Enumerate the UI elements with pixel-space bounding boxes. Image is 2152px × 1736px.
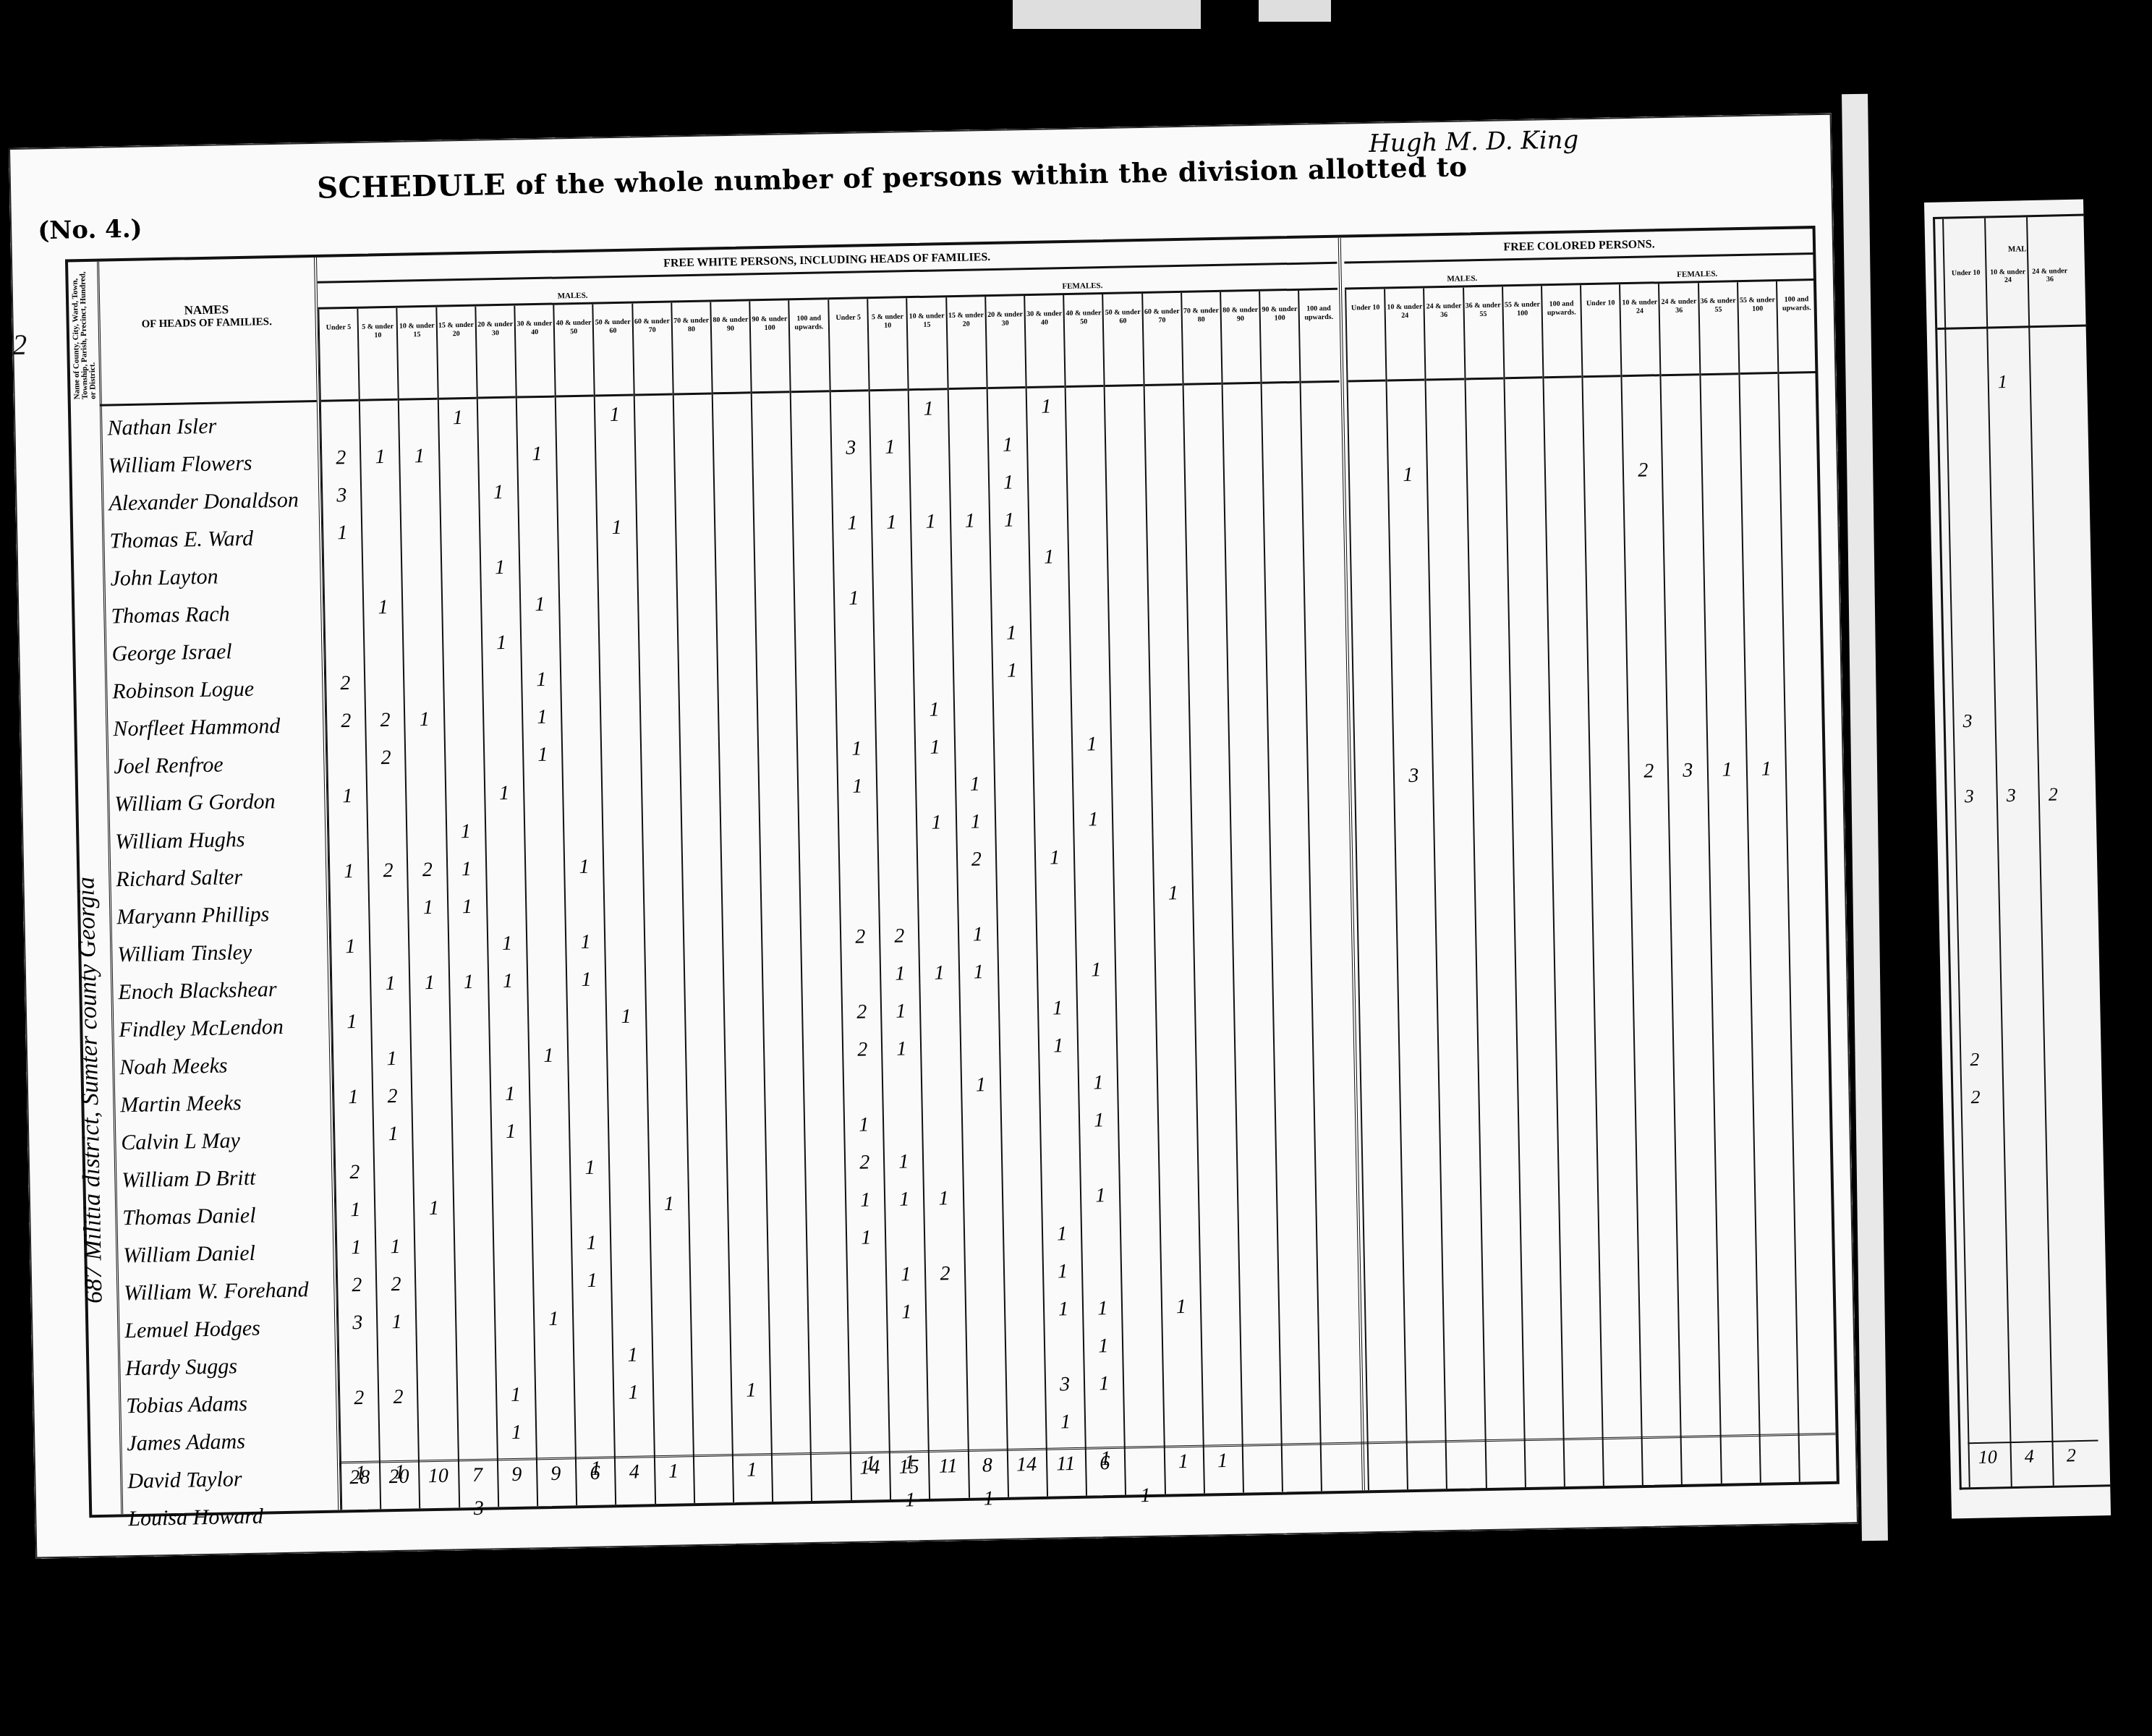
count-cell [1637,1128,1675,1167]
count-cell [1704,525,1742,563]
count-cell [1029,501,1068,539]
count-cell [761,844,799,882]
count-cell [1664,526,1703,564]
count-cell [1368,1397,1406,1435]
count-cell [796,618,834,656]
count-cell [1785,674,1823,712]
head-of-family-name: Joel Renfroe [114,744,324,786]
count-cell [487,849,525,888]
count-cell [1797,1314,1835,1352]
count-cell [1114,838,1152,876]
total-cell: 20 [379,1465,419,1489]
count-cell [762,919,801,958]
count-cell [326,627,364,665]
count-cell: 1 [364,589,402,627]
count-cell [1633,903,1671,941]
count-cell: 2 [326,665,365,703]
count-cell [993,689,1032,728]
count-cell [676,469,714,508]
count-cell [1264,496,1303,535]
count-cell [685,996,723,1034]
count-cell [1225,497,1264,535]
count-cell [1628,639,1666,678]
count-cell: 1 [485,775,524,813]
count-cell [1319,1323,1358,1361]
count-cell [1262,383,1301,422]
count-cell [1193,874,1231,912]
count-cell [1313,984,1351,1023]
count-cell [1353,644,1392,683]
count-cell: 1 [491,1075,530,1113]
count-cell [1398,945,1437,983]
count-cell [1592,866,1630,904]
count-cell [411,1002,449,1040]
head-of-family-name: Richard Salter [116,857,326,899]
count-cell [1476,906,1514,944]
count-cell [1599,1242,1638,1280]
count-cell [1236,1061,1275,1099]
count-cell [794,542,833,581]
count-cell [1194,949,1233,987]
count-cell [1280,1286,1318,1324]
count-cell [1755,1164,1793,1202]
count-cell [1268,684,1306,723]
count-cell [966,1329,1005,1368]
count-cell [683,883,721,922]
count-cell: 1 [885,1143,923,1181]
count-cell [1590,753,1628,791]
count-cell [1714,1089,1753,1128]
count-cell [569,1036,607,1074]
count-cell [651,1260,689,1298]
count-cell [1110,612,1148,650]
count-cell [1282,1399,1320,1437]
count-cell [1388,418,1426,456]
count-cell [1787,787,1825,825]
count-cell [1146,461,1184,499]
count-cell [1783,599,1821,637]
count-cell [1198,1137,1236,1175]
count-cell [883,1068,922,1106]
count-cell [640,696,679,734]
count-cell [645,959,684,997]
count-cell [362,514,401,552]
count-cell [1521,1243,1560,1282]
count-cell: 1 [847,1219,885,1257]
count-cell [1756,1201,1794,1240]
count-cell [1403,1170,1441,1209]
count-cell [757,656,796,694]
count-cell [1069,537,1107,576]
count-cell [1798,1389,1837,1427]
count-cell [531,1112,569,1150]
count-cell [532,1149,570,1188]
count-cell [1514,867,1552,906]
count-cell [1007,1404,1045,1442]
count-cell [1318,1248,1356,1286]
count-cell [1157,1025,1195,1063]
count-cell: 1 [414,1189,453,1227]
count-cell [731,1296,769,1335]
age-column-header: 15 & under 20 [437,307,477,400]
age-column-header: 10 & under 24 [1620,284,1660,377]
count-cell [443,625,481,663]
count-cell: 1 [524,736,562,774]
total-cell [1281,1448,1320,1449]
count-cell [1200,1250,1238,1288]
age-column-header: 50 & under 60 [1104,294,1144,387]
age-column-header: 90 & under 100 [1260,291,1300,384]
count-cell [611,1223,650,1261]
count-cell [1513,792,1551,830]
count-cell [714,431,752,469]
count-cell [1365,1246,1403,1285]
count-cell [558,472,596,511]
count-cell [519,511,558,549]
count-cell [604,847,642,885]
count-cell [1718,1277,1756,1316]
count-cell [879,842,917,880]
count-cell: 1 [595,396,634,434]
age-column-header: 55 & under 100 [1738,281,1778,375]
count-cell [441,550,480,588]
count-cell [1518,1093,1557,1131]
count-cell [684,958,723,997]
count-cell [1716,1165,1754,1203]
count-cell [1279,1248,1317,1287]
count-cell [1083,1252,1121,1290]
age-column-header: 70 & under 80 [672,302,712,395]
count-cell [372,1003,410,1041]
count-cell [1107,461,1145,500]
count-cell [1234,948,1272,987]
count-cell [652,1335,691,1374]
count-cell [1280,1324,1319,1362]
count-cell [765,1070,804,1108]
count-cell [635,433,673,471]
count-cell [841,880,879,919]
count-cell: 1 [1036,839,1074,877]
count-cell [1779,411,1818,449]
free-colored-females-header: FEMALES. [1579,255,1815,285]
total-cell: 9 [497,1463,537,1486]
count-cell [1109,574,1147,613]
count-cell [414,1152,452,1191]
count-cell [849,1294,887,1332]
count-cell [1263,421,1301,459]
count-cell [1237,1099,1275,1137]
count-cell [1515,943,1554,981]
count-cell [490,1000,528,1038]
count-cell: 1 [565,848,603,886]
count-cell: 1 [371,965,409,1003]
count-cell [375,1153,413,1191]
count-cell [1360,983,1398,1021]
count-cell: 1 [911,503,950,541]
count-cell [1587,603,1625,641]
age-column-header: 70 & under 80 [1182,292,1222,386]
count-cell [1670,827,1709,865]
count-cell [759,731,797,770]
count-cell [483,662,522,700]
torn-paper-fragment [1013,0,1201,29]
count-cell: 1 [989,464,1027,502]
count-cell [722,845,760,883]
count-cell [570,1111,608,1149]
count-cell [1042,1178,1081,1216]
count-cell [1782,524,1820,562]
count-cell [726,1033,764,1071]
count-cell [530,1074,569,1112]
count-cell [563,773,602,811]
count-cell [880,880,918,918]
head-of-family-name: William Tinsley [117,932,328,974]
count-cell [1123,1327,1162,1365]
count-cell [1757,1277,1795,1315]
count-cell [768,1220,807,1259]
count-cell: 1 [400,438,438,476]
count-cell [1301,383,1340,421]
age-column-header: 40 & under 50 [1064,294,1104,388]
count-cell [927,1330,966,1369]
count-cell: 1 [732,1371,770,1410]
count-cell [1719,1353,1758,1391]
count-cell [1405,1283,1443,1322]
count-cell [1076,876,1114,914]
count-cell [439,437,477,475]
count-cell [493,1150,531,1188]
total-cell: 14 [1007,1453,1047,1477]
count-cell [842,956,880,994]
count-cell [1032,613,1070,652]
count-cell: 1 [883,1030,921,1068]
count-cell [647,1034,685,1073]
count-cell [1705,600,1743,639]
count-cell [910,427,948,466]
count-cell [1511,717,1549,755]
count-cell [1485,1395,1523,1433]
head-of-family-name: Martin Meeks [120,1083,331,1125]
count-cell [560,584,598,623]
count-cell: 1 [438,399,477,438]
count-cell [1631,827,1670,866]
count-cell [556,397,595,435]
count-cell [1740,412,1779,450]
adjacent-count-cell: 2 [1970,1049,1980,1071]
count-cell [801,881,839,919]
count-cell [1482,1244,1521,1282]
count-cell [569,1073,608,1112]
count-cell [1392,606,1430,644]
count-cell: 1 [331,928,370,966]
count-cell [1670,789,1708,827]
count-cell [1788,862,1826,901]
head-of-family-name: Findley McLendon [119,1008,329,1050]
count-cell [529,999,567,1037]
count-cell [1752,1013,1790,1052]
count-cell [752,393,791,431]
count-cell [1798,1351,1836,1390]
count-cell [1394,719,1432,757]
count-cell [1796,1276,1834,1314]
count-cell [1190,723,1228,762]
count-cell: 1 [1073,726,1111,764]
count-cell [613,1298,651,1337]
count-cell [644,884,682,922]
count-cell: 1 [571,1149,609,1187]
count-cell [718,657,757,695]
count-cell [558,510,597,548]
count-cell: 1 [482,624,521,663]
count-cell [798,731,836,769]
count-cell [1277,1173,1316,1212]
count-cell [1445,1358,1484,1396]
age-column-header: 100 and upwards. [790,299,830,393]
count-cell [1523,1319,1561,1357]
count-cell [1595,1016,1633,1055]
count-cell: 1 [888,1293,926,1332]
count-cell: 1 [924,1180,963,1218]
count-cell: 1 [498,1413,536,1452]
count-cell [654,1410,692,1449]
age-column-header: 80 & under 90 [711,301,751,394]
count-cell [1675,1052,1713,1091]
count-cell [678,582,716,621]
count-cell [1780,448,1819,487]
count-cell [1119,1101,1157,1139]
count-cell [1312,947,1351,985]
count-cell [960,991,998,1029]
count-cell [1473,793,1512,831]
count-cell [406,739,444,777]
count-cell [1481,1169,1519,1207]
count-cell [1117,988,1155,1026]
count-cell [793,467,831,506]
count-cell [1792,1088,1831,1126]
count-cell [1186,498,1224,536]
count-cell [872,466,910,504]
count-cell [517,398,556,436]
count-cell [1317,1210,1356,1248]
count-cell [1434,793,1473,832]
count-cell: 1 [845,1106,883,1144]
count-cell [527,886,565,924]
count-cell [524,773,563,812]
count-cell [1028,425,1066,464]
count-cell: 1 [597,509,636,547]
count-cell [1712,977,1751,1015]
count-cell [1561,1280,1599,1319]
count-cell [1740,374,1778,412]
count-cell [563,735,601,773]
count-cell [1160,1175,1198,1214]
count-cell [362,476,400,514]
count-cell [450,1000,488,1039]
count-cell [1625,527,1664,565]
count-cell [799,768,837,807]
count-cell [1320,1361,1358,1399]
count-cell: 1 [521,586,559,624]
count-cell [1045,1328,1084,1366]
count-cell: 1 [323,514,362,553]
count-cell: 1 [361,438,399,477]
count-cell [1079,1026,1117,1065]
count-cell [561,660,600,698]
head-of-family-name: Louisa Howard [128,1497,339,1539]
count-cell [1352,569,1390,608]
count-cell [1197,1099,1236,1138]
count-cell [611,1186,649,1224]
count-cell: 1 [376,1228,414,1267]
count-cell [1549,678,1588,717]
count-cell [1671,864,1709,903]
adjacent-count-cell: 1 [1997,371,2007,393]
count-cell [890,1406,928,1444]
count-cell [1272,910,1311,948]
count-cell: 3 [339,1304,377,1343]
count-cell [1678,1241,1717,1279]
total-cell: 1 [732,1458,772,1482]
count-cell [877,767,916,805]
count-cell [767,1145,805,1183]
count-cell [605,922,644,961]
count-cell [454,1188,492,1227]
head-of-family-name: Norfleet Hammond [113,707,323,749]
total-cell: 11 [1046,1452,1086,1476]
count-cell [603,809,642,848]
count-cell [679,658,718,696]
count-cell [953,615,991,653]
count-cell [1668,714,1706,752]
count-cell [1149,611,1187,650]
count-cell [791,392,830,430]
head-of-family-name: Nathan Isler [107,406,318,448]
count-cell [1405,1321,1444,1359]
count-cell [1475,868,1513,906]
count-cell [729,1221,767,1259]
names-list: Nathan IslerWilliam FlowersAlexander Don… [107,406,339,1538]
total-cell: 1 [654,1460,694,1484]
count-cell [535,1337,574,1376]
count-cell: 1 [1084,1290,1122,1328]
count-cell [1396,832,1434,870]
count-cell [680,695,718,733]
count-cell [566,885,604,924]
total-cell [1124,1451,1163,1452]
count-cell [835,617,874,655]
count-cell [380,1416,418,1454]
count-cell [1407,1396,1445,1434]
count-cell [728,1183,767,1222]
count-cell [1115,913,1154,951]
count-cell [1086,1403,1124,1441]
count-cell [1748,788,1786,826]
count-cell [805,1107,843,1145]
count-cell [407,776,445,814]
count-cell: 1 [523,698,561,736]
count-cell [806,1144,844,1183]
head-of-family-name: William W. Forehand [124,1271,334,1313]
age-column-header: Under 5 [319,309,359,402]
count-cell [1663,451,1701,489]
count-cell [647,1072,686,1110]
count-cell [639,621,677,659]
count-cell [994,727,1032,765]
head-of-family-name: Tobias Adams [126,1384,336,1426]
count-cell [601,697,639,735]
count-cell: 1 [835,579,873,618]
count-cell [1701,412,1740,451]
